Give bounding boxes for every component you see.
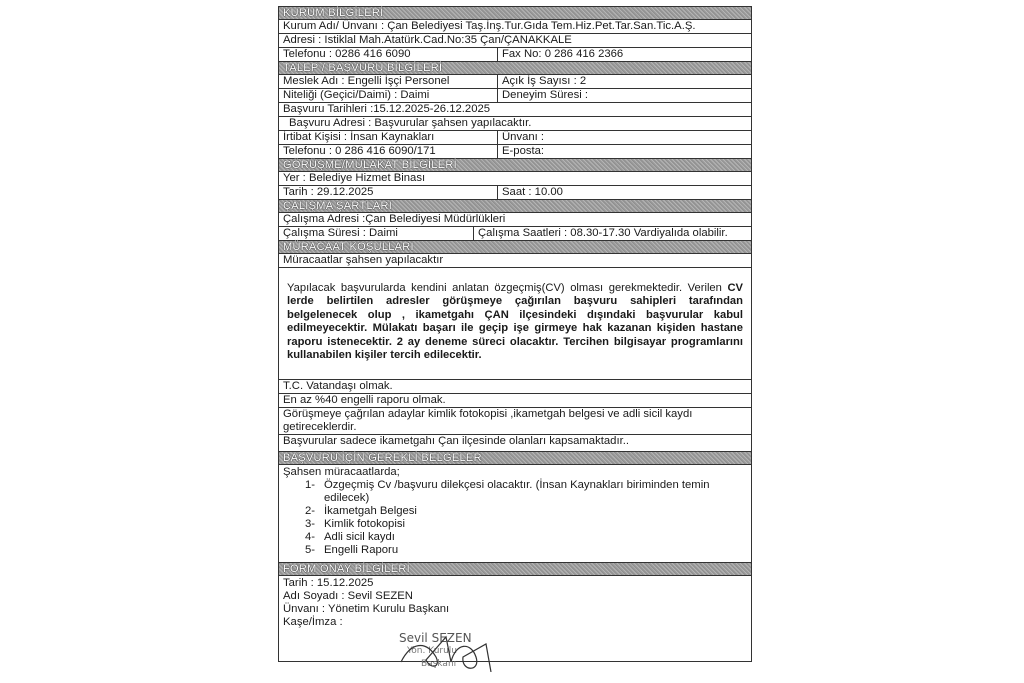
section-header-kurum: KURUM BİLGİLERİ bbox=[279, 7, 751, 20]
muracaat-paragraph: Yapılacak başvurularda kendini anlatan ö… bbox=[287, 282, 743, 362]
acik-is-sayisi: Açık İş Sayısı : 2 bbox=[498, 75, 751, 88]
calisma-saatleri: Çalışma Saatleri : 08.30-17.30 Vardiyalı… bbox=[474, 227, 751, 240]
condition-item: En az %40 engelli raporu olmak. bbox=[279, 394, 751, 407]
documents-list: 1-Özgeçmiş Cv /başvuru dilekçesi olacakt… bbox=[283, 479, 747, 557]
niteligi: Niteliği (Geçici/Daimi) : Daimi bbox=[279, 89, 498, 102]
signature-icon bbox=[391, 632, 501, 672]
section-header-muracaat: MÜRACAAT KOŞULLARI bbox=[279, 241, 751, 254]
section-header-calisma: ÇALIŞMA ŞARTLARI bbox=[279, 200, 751, 213]
section-header-belgeler: BAŞVURU İÇİN GEREKLİ BELGELER bbox=[279, 452, 751, 465]
calisma-adresi: Çalışma Adresi :Çan Belediyesi Müdürlükl… bbox=[279, 213, 751, 226]
documents-intro: Şahsen müracaatlarda; bbox=[283, 466, 747, 479]
irtibat-unvani: Ünvanı : bbox=[498, 131, 751, 144]
talep-telefon: Telefonu : 0 286 416 6090/171 bbox=[279, 145, 498, 158]
document-item: 1-Özgeçmiş Cv /başvuru dilekçesi olacakt… bbox=[283, 479, 747, 505]
deneyim-suresi: Deneyim Süresi : bbox=[498, 89, 751, 102]
gorusme-tarih: Tarih : 29.12.2025 bbox=[279, 186, 498, 199]
document-item: 4-Adli sicil kaydı bbox=[283, 531, 747, 544]
kurum-telefon: Telefonu : 0286 416 6090 bbox=[279, 48, 498, 61]
onay-unvani: Ünvanı : Yönetim Kurulu Başkanı bbox=[283, 603, 747, 616]
kurum-adres: Adresi : Istiklal Mah.Atatürk.Cad.No:35 … bbox=[279, 34, 751, 47]
talep-eposta: E-posta: bbox=[498, 145, 751, 158]
onay-tarih: Tarih : 15.12.2025 bbox=[283, 577, 747, 590]
required-documents: Şahsen müracaatlarda; 1-Özgeçmiş Cv /baş… bbox=[279, 465, 751, 563]
condition-item: Başvurular sadece ikametgahı Çan ilçesin… bbox=[279, 435, 751, 451]
muracaat-intro: Müracaatlar şahsen yapılacaktır bbox=[279, 254, 751, 267]
calisma-suresi: Çalışma Süresi : Daimi bbox=[279, 227, 474, 240]
basvuru-tarihleri: Başvuru Tarihleri :15.12.2025-26.12.2025 bbox=[279, 103, 751, 116]
irtibat-kisisi: İrtibat Kişisi : İnsan Kaynakları bbox=[279, 131, 498, 144]
document-item: 3-Kimlik fotokopisi bbox=[283, 518, 747, 531]
onay-adi-soyadi: Adı Soyadı : Sevil SEZEN bbox=[283, 590, 747, 603]
document-item: 5-Engelli Raporu bbox=[283, 544, 747, 557]
basvuru-adresi: Başvuru Adresi : Başvurular şahsen yapıl… bbox=[279, 117, 751, 130]
gorusme-saat: Saat : 10.00 bbox=[498, 186, 751, 199]
onay-kase-imza: Kaşe/İmza : bbox=[283, 616, 747, 629]
kurum-adi: Kurum Adı/ Ünvanı : Çan Belediyesi Taş.İ… bbox=[279, 20, 751, 33]
condition-item: T.C. Vatandaşı olmak. bbox=[279, 380, 751, 393]
document-item: 2-İkametgah Belgesi bbox=[283, 505, 747, 518]
condition-item: Görüşmeye çağrılan adaylar kimlik fotoko… bbox=[279, 408, 751, 434]
gorusme-yer: Yer : Belediye Hizmet Binası bbox=[279, 172, 751, 185]
meslek-adi: Meslek Adı : Engelli İşçi Personel bbox=[279, 75, 498, 88]
approval-block: Tarih : 15.12.2025 Adı Soyadı : Sevil SE… bbox=[279, 576, 751, 662]
kurum-fax: Fax No: 0 286 416 2366 bbox=[498, 48, 751, 61]
section-header-gorusme: GÖRÜŞME/MÜLAKAT BİLGİLERİ bbox=[279, 159, 751, 172]
section-header-onay: FORM ONAY BİLGİLERİ bbox=[279, 563, 751, 576]
job-posting-form: KURUM BİLGİLERİ Kurum Adı/ Ünvanı : Çan … bbox=[278, 6, 752, 662]
section-header-talep: TALEP / BAŞVURU BİLGİLERİ bbox=[279, 62, 751, 75]
muracaat-paragraph-block: Yapılacak başvurularda kendini anlatan ö… bbox=[279, 268, 751, 380]
